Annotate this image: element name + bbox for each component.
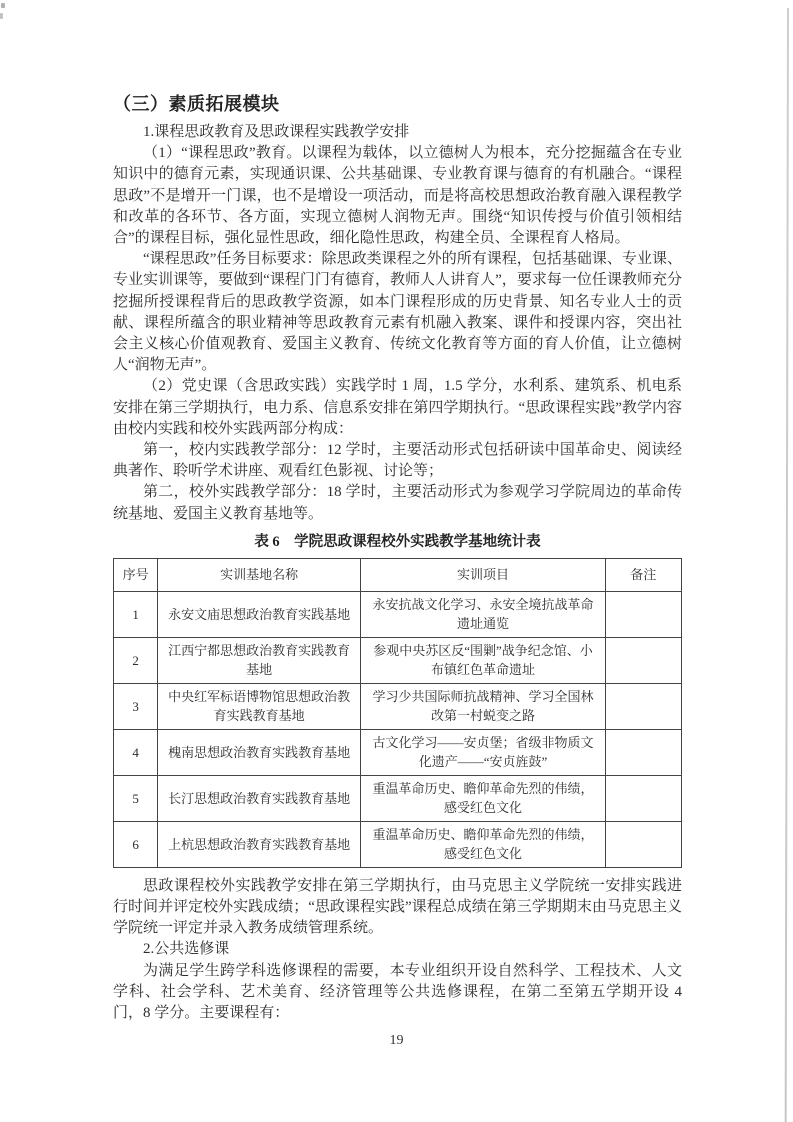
cell-no: 4 xyxy=(114,729,158,775)
cell-project: 永安抗战文化学习、永安全境抗战革命遗址通览 xyxy=(361,591,606,637)
header-remark: 备注 xyxy=(605,558,681,591)
cell-base-name: 中央红军标语博物馆思想政治教育实践教育基地 xyxy=(158,683,361,729)
cell-no: 5 xyxy=(114,775,158,821)
cell-base-name: 上杭思想政治教育实践教育基地 xyxy=(158,821,361,867)
cell-remark xyxy=(605,637,681,683)
cell-remark xyxy=(605,683,681,729)
cell-no: 3 xyxy=(114,683,158,729)
header-no: 序号 xyxy=(114,558,158,591)
cell-project: 学习少共国际师抗战精神、学习全国林改第一村蜕变之路 xyxy=(361,683,606,729)
cell-base-name: 长汀思想政治教育实践教育基地 xyxy=(158,775,361,821)
document-page: （三）素质拓展模块 1.课程思政教育及思政课程实践教学安排 （1）“课程思政”教… xyxy=(0,0,793,1122)
cell-remark xyxy=(605,729,681,775)
paragraph-grading-arrangement: 思政课程校外实践教学安排在第三学期执行，由马克思主义学院统一安排实践进行时间并评… xyxy=(113,876,682,940)
cell-remark xyxy=(605,591,681,637)
paragraph-course-ideology: （1）“课程思政”教育。以课程为载体，以立德树人为根本，充分挖掘蕴含在专业知识中… xyxy=(113,143,682,249)
cell-remark xyxy=(605,775,681,821)
cell-base-name: 永安文庙思想政治教育实践基地 xyxy=(158,591,361,637)
paragraph-on-campus-practice: 第一，校内实践教学部分：12 学时，主要活动形式包括研读中国革命史、阅读经典著作… xyxy=(113,440,682,482)
header-project: 实训项目 xyxy=(361,558,606,591)
subsection-heading: 1.课程思政教育及思政课程实践教学安排 xyxy=(113,122,682,143)
cell-no: 2 xyxy=(114,637,158,683)
cell-base-name: 槐南思想政治教育实践教育基地 xyxy=(158,729,361,775)
cell-project: 参观中央苏区反“围剿”战争纪念馆、小布镇红色革命遗址 xyxy=(361,637,606,683)
scan-speck-artifact xyxy=(0,13,3,19)
scan-edge-line-artifact xyxy=(785,8,789,1122)
table-row: 3 中央红军标语博物馆思想政治教育实践教育基地 学习少共国际师抗战精神、学习全国… xyxy=(114,683,682,729)
table-row: 4 槐南思想政治教育实践教育基地 古文化学习——安贞堡；省级非物质文化遗产——“… xyxy=(114,729,682,775)
cell-base-name: 江西宁都思想政治教育实践教育基地 xyxy=(158,637,361,683)
header-base-name: 实训基地名称 xyxy=(158,558,361,591)
cell-no: 6 xyxy=(114,821,158,867)
cell-project: 古文化学习——安贞堡；省级非物质文化遗产——“安贞旌鼓” xyxy=(361,729,606,775)
scan-speck-artifact xyxy=(1,3,5,8)
paragraph-task-goals: “课程思政”任务目标要求：除思政类课程之外的所有课程，包括基础课、专业课、专业实… xyxy=(113,249,682,376)
paragraph-off-campus-practice: 第二，校外实践教学部分：18 学时，主要活动形式为参观学习学院周边的革命传统基地… xyxy=(113,482,682,524)
table-header-row: 序号 实训基地名称 实训项目 备注 xyxy=(114,558,682,591)
table-row: 2 江西宁都思想政治教育实践教育基地 参观中央苏区反“围剿”战争纪念馆、小布镇红… xyxy=(114,637,682,683)
table-row: 6 上杭思想政治教育实践教育基地 重温革命历史、瞻仰革命先烈的伟绩，感受红色文化 xyxy=(114,821,682,867)
subsection-heading-electives: 2.公共选修课 xyxy=(113,939,682,960)
section-heading: （三）素质拓展模块 xyxy=(113,92,682,117)
cell-project: 重温革命历史、瞻仰革命先烈的伟绩，感受红色文化 xyxy=(361,821,606,867)
page-content: （三）素质拓展模块 1.课程思政教育及思政课程实践教学安排 （1）“课程思政”教… xyxy=(113,92,682,1024)
cell-remark xyxy=(605,821,681,867)
page-number: 19 xyxy=(0,1033,793,1049)
paragraph-public-electives: 为满足学生跨学科选修课程的需要，本专业组织开设自然科学、工程技术、人文学科、社会… xyxy=(113,961,682,1025)
table-row: 5 长汀思想政治教育实践教育基地 重温革命历史、瞻仰革命先烈的伟绩，感受红色文化 xyxy=(114,775,682,821)
cell-project: 重温革命历史、瞻仰革命先烈的伟绩，感受红色文化 xyxy=(361,775,606,821)
table-row: 1 永安文庙思想政治教育实践基地 永安抗战文化学习、永安全境抗战革命遗址通览 xyxy=(114,591,682,637)
table-title: 表 6 学院思政课程校外实践教学基地统计表 xyxy=(113,532,682,552)
practice-base-table: 序号 实训基地名称 实训项目 备注 1 永安文庙思想政治教育实践基地 永安抗战文… xyxy=(113,558,682,868)
paragraph-party-history-course: （2）党史课（含思政实践）实践学时 1 周，1.5 学分，水利系、建筑系、机电系… xyxy=(113,376,682,440)
cell-no: 1 xyxy=(114,591,158,637)
